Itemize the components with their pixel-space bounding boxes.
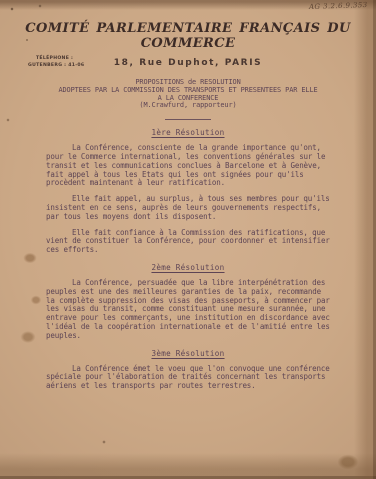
divider-rule xyxy=(165,119,211,120)
section-heading: 3ème Résolution xyxy=(0,349,376,358)
document-page: AG 3.2.6.9.353 COMITÉ PARLEMENTAIRE FRAN… xyxy=(0,0,376,479)
section-resolution-3: 3ème Résolution La Conférence émet le vo… xyxy=(0,349,376,391)
section-heading-text: 2ème Résolution xyxy=(151,263,224,272)
paragraph: La Conférence, consciente de la grande i… xyxy=(46,144,334,188)
section-heading: 2ème Résolution xyxy=(0,263,376,272)
section-resolution-2: 2ème Résolution La Conférence, persuadée… xyxy=(0,263,376,341)
paragraph: La Conférence émet le voeu que l'on conv… xyxy=(46,365,334,391)
paragraph: Elle fait appel, au surplus, à tous ses … xyxy=(46,195,334,221)
section-heading-text: 1ère Résolution xyxy=(151,128,224,137)
title-block: PROPOSITIONS de RESOLUTION ADOPTEES PAR … xyxy=(0,79,376,110)
phone-value: GUTENBERG : 41-06 xyxy=(28,63,84,70)
section-heading-text: 3ème Résolution xyxy=(151,349,224,358)
title-line-4: (M.Crawfurd, rapporteur) xyxy=(0,102,376,110)
paragraph: Elle fait confiance à la Commission des … xyxy=(46,229,334,255)
section-resolution-1: 1ère Résolution La Conférence, conscient… xyxy=(0,128,376,255)
paragraph: La Conférence, persuadée que la libre in… xyxy=(46,279,334,341)
section-heading: 1ère Résolution xyxy=(0,128,376,137)
letterhead-phone-block: TÉLÉPHONE : GUTENBERG : 41-06 xyxy=(28,56,84,69)
